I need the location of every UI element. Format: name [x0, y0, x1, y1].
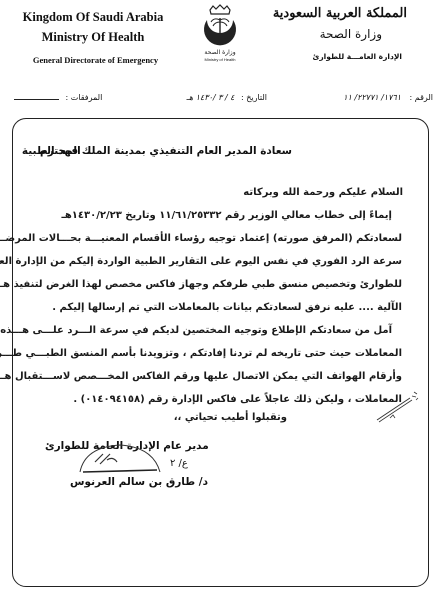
- closing: وتقبلوا أطيب تحياتي ،،: [174, 412, 287, 423]
- reference-number: الرقم : ١٧٦١/ ٢٢٧٧١/ ١١: [343, 93, 433, 102]
- english-header-line1: Kingdom Of Saudi Arabia: [18, 10, 168, 25]
- handwritten-margin-note-icon: [372, 388, 422, 428]
- reference-date-value: ٤ / ٣ /١٤٣٠ هـ: [187, 93, 235, 102]
- paragraph-2-line-1: آمل من سعادتكم الإطلاع وتوجيه المختصين ل…: [0, 325, 392, 336]
- greeting: السلام عليكم ورحمة الله وبركاته: [243, 187, 403, 198]
- reference-date-label: التاريخ :: [241, 93, 267, 102]
- english-header-line2: Ministry Of Health: [18, 30, 168, 45]
- paragraph-1-line-4: للطوارئ وتخصيص منسق طبي طرفكم وجهاز فاكس…: [0, 279, 402, 290]
- signature-name: د/ طارق بن سالم العرنوس: [70, 476, 208, 488]
- signature-handwritten-note: ع/ ٢: [170, 458, 188, 469]
- paragraph-2-line-4: المعاملات ، وليكن ذلك عاجلاً على فاكس ال…: [73, 394, 402, 405]
- paragraph-1-line-5: الآلية .... عليه نرفق لسعادتكم بيانات با…: [52, 302, 402, 313]
- paragraph-1-line-1: إيماءً إلى خطاب معالي الوزير رقم ١١/٦١/٢…: [61, 210, 392, 221]
- reference-number-label: الرقم :: [410, 93, 433, 102]
- paragraph-2-line-3: وأرقام الهواتف التي يمكن الاتصال عليها و…: [0, 371, 402, 382]
- paragraph-1-line-2: لسعادتكم (المرفق صورته) إعتماد توجيه رؤس…: [0, 233, 402, 244]
- english-header-line3: General Directorate of Emergency: [8, 55, 183, 65]
- arabic-header-line2: وزارة الصحة: [320, 27, 382, 41]
- emblem-caption-ar: وزارة الصحة: [193, 49, 247, 56]
- saudi-emblem-icon: وزارة الصحة Ministry of Health: [195, 4, 245, 66]
- paragraph-1-line-3: سرعة الرد الفوري في نفس اليوم على التقار…: [0, 256, 402, 267]
- reference-attachments-value: [14, 99, 59, 100]
- reference-number-value: ١٧٦١/ ٢٢٧٧١/ ١١: [343, 93, 401, 102]
- emblem-caption-en: Ministry of Health: [191, 57, 249, 62]
- reference-date: التاريخ : ٤ / ٣ /١٤٣٠ هـ: [187, 93, 267, 102]
- paragraph-2-line-2: المعاملات حيث حتى تاريخه لم تردنا إفادتك…: [0, 348, 402, 359]
- honorific: المحترم: [40, 145, 81, 157]
- arabic-header-line3: الإدارة العامـــة للطوارئ: [312, 52, 402, 61]
- arabic-header-line1: المملكة العربية السعودية: [273, 6, 407, 21]
- reference-attachments-label: المرفقات :: [66, 93, 103, 102]
- signature-stamp-icon: [75, 442, 165, 477]
- reference-attachments: المرفقات :: [14, 93, 102, 102]
